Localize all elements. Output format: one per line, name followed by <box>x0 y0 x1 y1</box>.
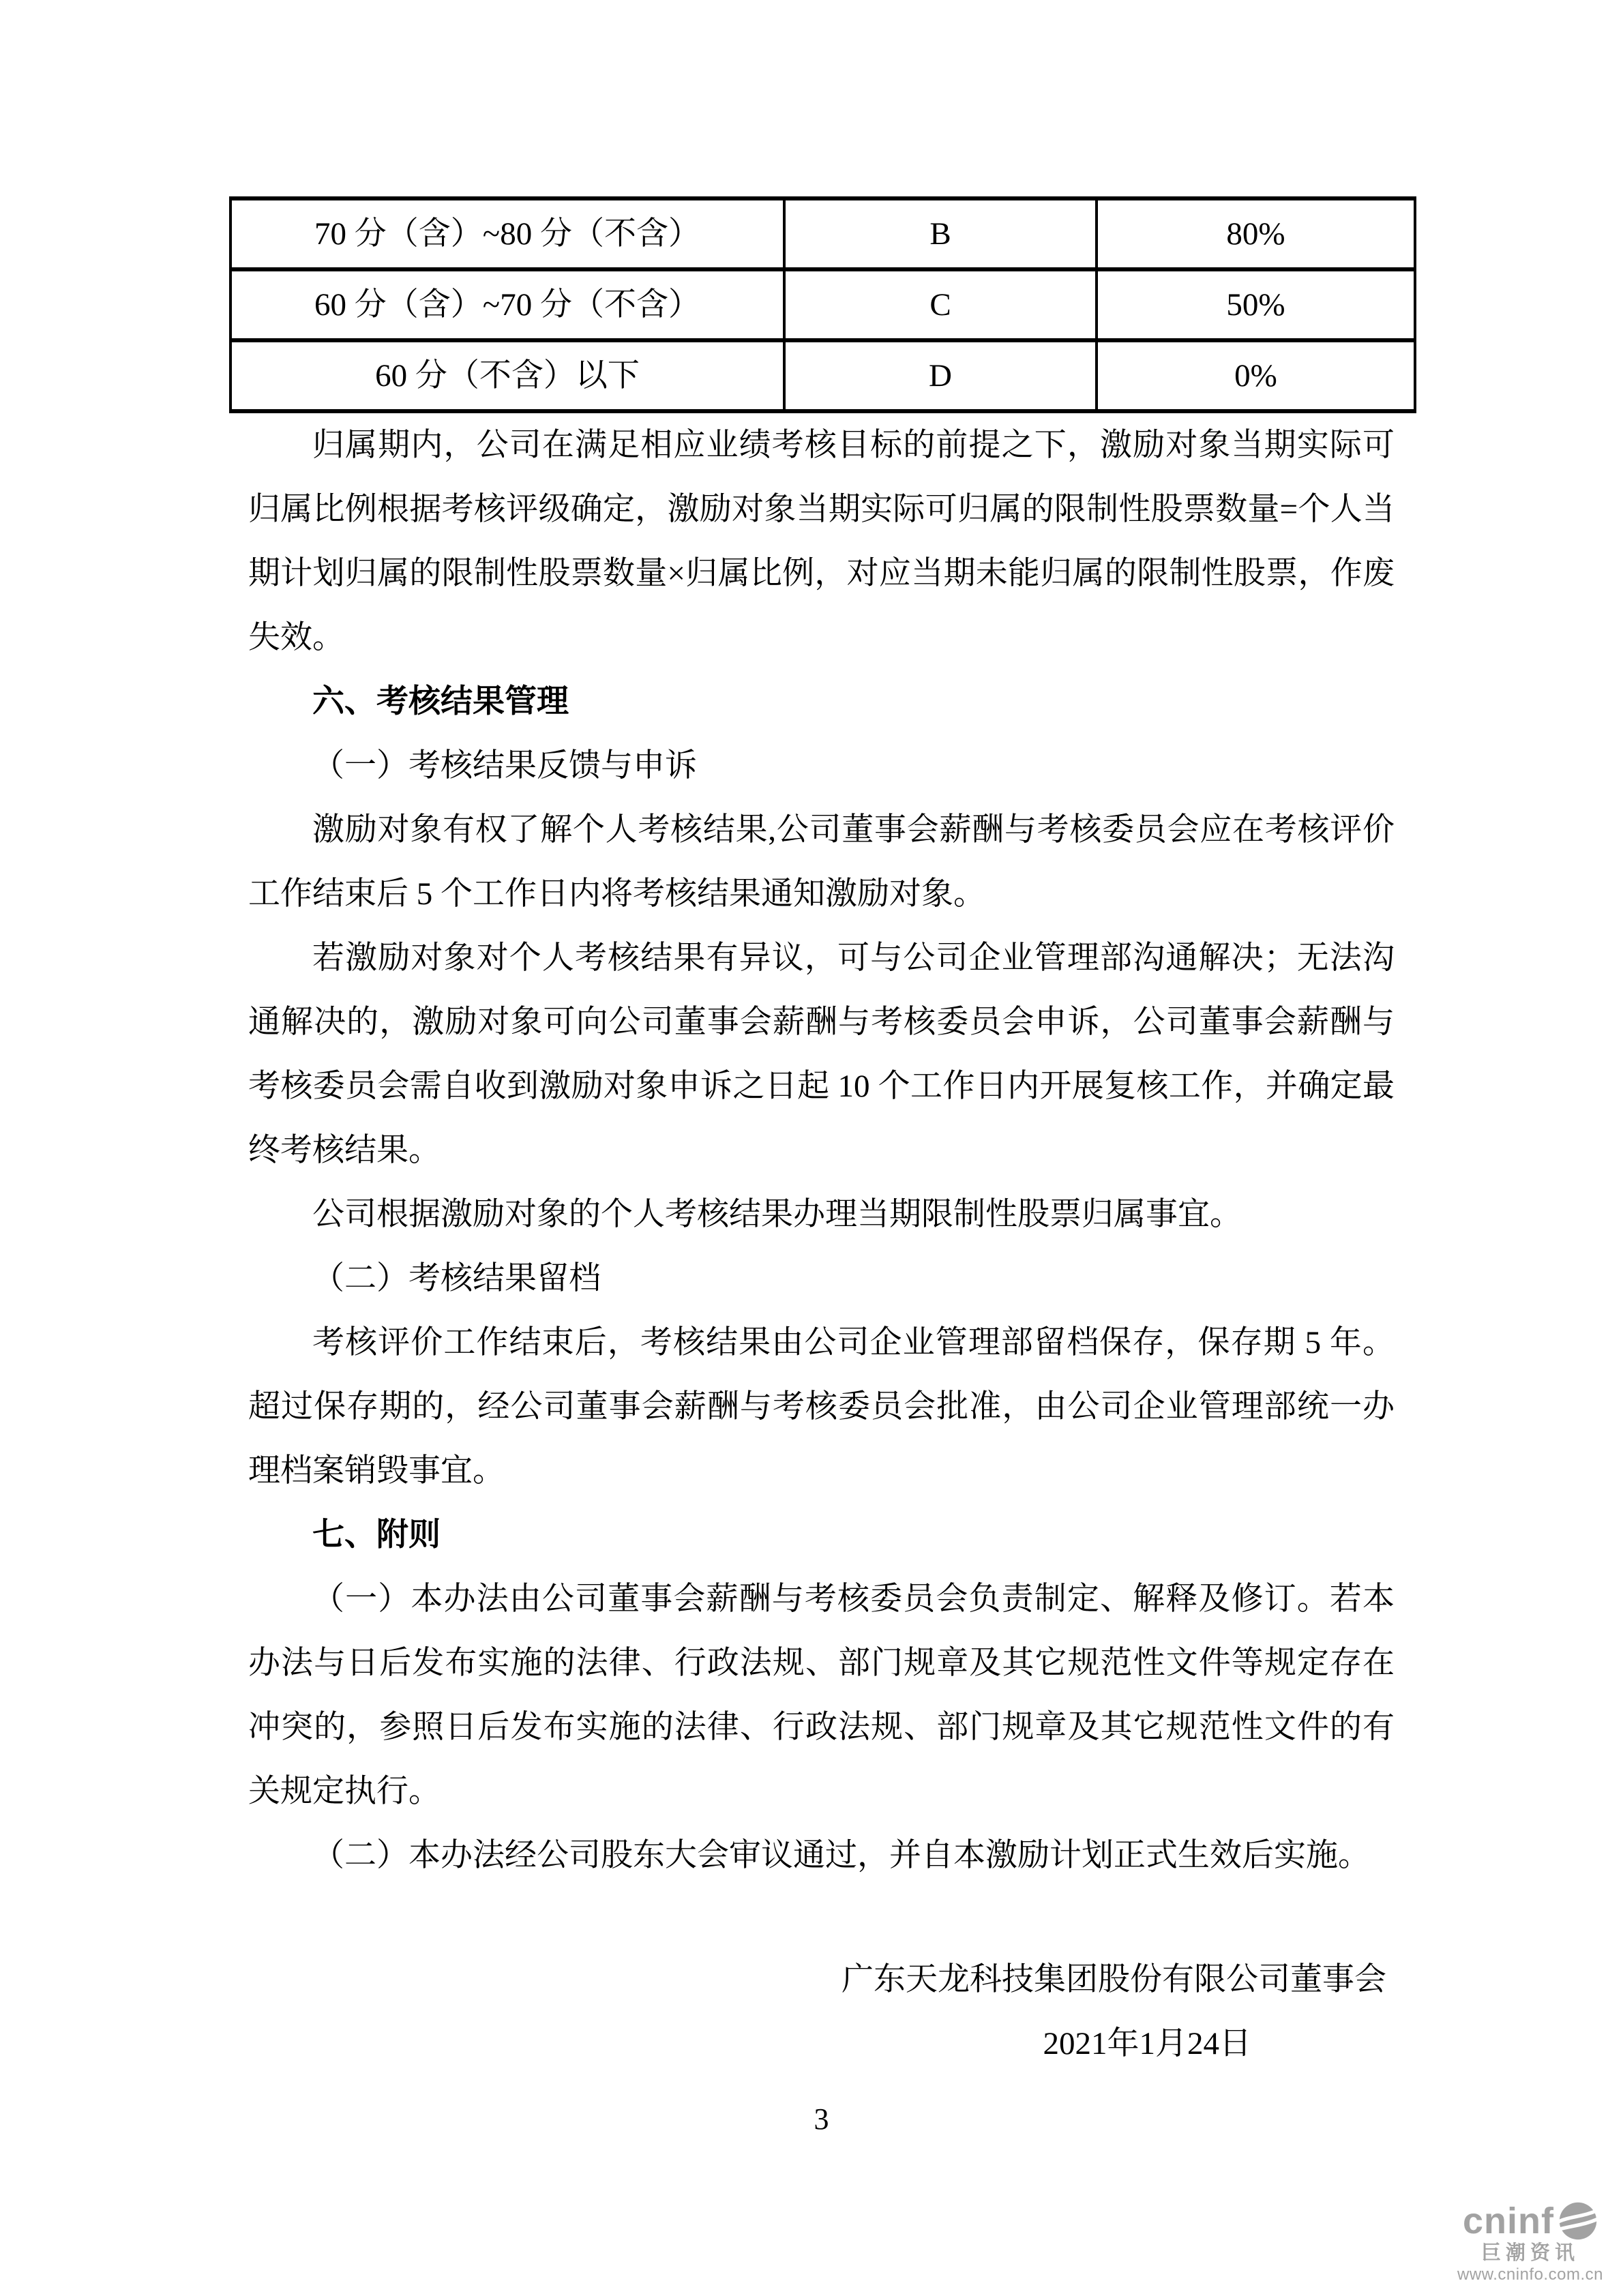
paragraph-result-handling: 公司根据激励对象的个人考核结果办理当期限制性股票归属事宜。 <box>248 1182 1395 1247</box>
score-range-cell: 60 分（不含）以下 <box>230 340 784 411</box>
document-content: 70 分（含）~80 分（不含） B 80% 60 分（含）~70 分（不含） … <box>248 196 1395 2151</box>
table-row: 70 分（含）~80 分（不含） B 80% <box>230 198 1415 269</box>
section-7-heading: 七、附则 <box>248 1503 1395 1567</box>
section-6-subheading-1: （一）考核结果反馈与申诉 <box>248 734 1395 798</box>
paragraph-supplementary-1: （一）本办法由公司董事会薪酬与考核委员会负责制定、解释及修订。若本办法与日后发布… <box>248 1567 1395 1823</box>
cninfo-globe-icon <box>1558 2201 1598 2241</box>
cninfo-logo: cninf 巨潮资讯 www.cninfo.com.cn <box>1448 2201 1612 2283</box>
score-range-cell: 60 分（含）~70 分（不含） <box>230 269 784 340</box>
page-number: 3 <box>248 2087 1395 2151</box>
section-6-subheading-2: （二）考核结果留档 <box>248 1247 1395 1311</box>
signature-company: 广东天龙科技集团股份有限公司董事会 <box>248 1948 1395 2012</box>
paragraph-result-feedback: 激励对象有权了解个人考核结果,公司董事会薪酬与考核委员会应在考核评价工作结束后 … <box>248 798 1395 926</box>
paragraph-supplementary-2: （二）本办法经公司股东大会审议通过，并自本激励计划正式生效后实施。 <box>248 1823 1395 1888</box>
table-row: 60 分（含）~70 分（不含） C 50% <box>230 269 1415 340</box>
vesting-ratio-cell: 0% <box>1097 340 1415 411</box>
paragraph-appeal-process: 若激励对象对个人考核结果有异议，可与公司企业管理部沟通解决；无法沟通解决的，激励… <box>248 926 1395 1182</box>
vesting-ratio-cell: 50% <box>1097 269 1415 340</box>
section-6-heading: 六、考核结果管理 <box>248 670 1395 734</box>
cninfo-logo-row: cninf <box>1448 2201 1612 2241</box>
vesting-ratio-cell: 80% <box>1097 198 1415 269</box>
signature-date: 2021年1月24日 <box>248 2012 1395 2076</box>
table-row: 60 分（不含）以下 D 0% <box>230 340 1415 411</box>
vesting-ratio-table: 70 分（含）~80 分（不含） B 80% 60 分（含）~70 分（不含） … <box>229 196 1416 413</box>
grade-cell: C <box>784 269 1097 340</box>
grade-cell: B <box>784 198 1097 269</box>
paragraph-vesting-rule: 归属期内，公司在满足相应业绩考核目标的前提之下，激励对象当期实际可归属比例根据考… <box>248 413 1395 670</box>
document-page: 70 分（含）~80 分（不含） B 80% 60 分（含）~70 分（不含） … <box>0 0 1623 2296</box>
cninfo-url: www.cninfo.com.cn <box>1448 2267 1612 2283</box>
paragraph-archive-rule: 考核评价工作结束后，考核结果由公司企业管理部留档保存，保存期 5 年。超过保存期… <box>248 1311 1395 1503</box>
cninfo-chinese-name: 巨潮资讯 <box>1448 2243 1612 2263</box>
cninfo-wordmark: cninf <box>1463 2203 1554 2239</box>
score-range-cell: 70 分（含）~80 分（不含） <box>230 198 784 269</box>
grade-cell: D <box>784 340 1097 411</box>
